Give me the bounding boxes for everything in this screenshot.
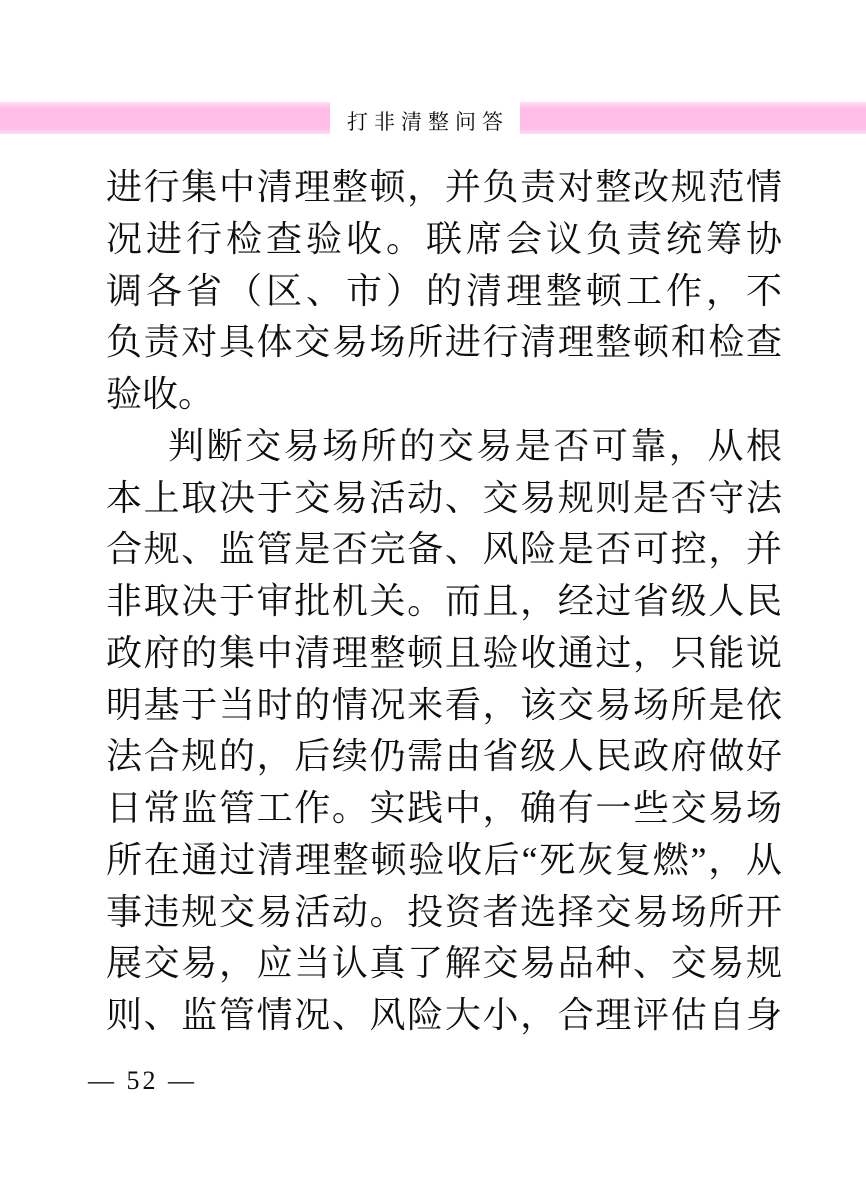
text-line: 明基于当时的情况来看，该交易场所是依 — [106, 680, 782, 732]
text-line: 事违规交易活动。投资者选择交易场所开 — [106, 887, 782, 939]
text-line: 日常监管工作。实践中，确有一些交易场 — [106, 783, 782, 835]
book-page: 打非清整问答 进行集中清理整顿，并负责对整改规范情 况进行检查验收。联席会议负责… — [0, 0, 866, 1189]
text-line: 况进行检查验收。联席会议负责统筹协 — [106, 214, 782, 266]
text-line: 本上取决于交易活动、交易规则是否守法 — [106, 473, 782, 525]
text-line: 进行集中清理整顿，并负责对整改规范情 — [106, 162, 782, 214]
body-text-block: 进行集中清理整顿，并负责对整改规范情 况进行检查验收。联席会议负责统筹协 调各省… — [106, 162, 782, 1042]
text-line: 所在通过清理整顿验收后“死灰复燃”，从 — [106, 835, 782, 887]
text-line: 验收。 — [106, 369, 782, 421]
text-line: 则、监管情况、风险大小，合理评估自身 — [106, 990, 782, 1042]
text-line: 负责对具体交易场所进行清理整顿和检查 — [106, 317, 782, 369]
header-band: 打非清整问答 — [0, 102, 866, 134]
text-line: 法合规的，后续仍需由省级人民政府做好 — [106, 731, 782, 783]
header-title-box: 打非清整问答 — [330, 100, 520, 138]
text-line: 调各省（区、市）的清理整顿工作，不 — [106, 266, 782, 318]
text-line: 判断交易场所的交易是否可靠，从根 — [106, 421, 782, 473]
text-line: 展交易，应当认真了解交易品种、交易规 — [106, 938, 782, 990]
text-line: 政府的集中清理整顿且验收通过，只能说 — [106, 628, 782, 680]
text-line: 非取决于审批机关。而且，经过省级人民 — [106, 576, 782, 628]
page-header-title: 打非清整问答 — [341, 106, 509, 136]
text-line: 合规、监管是否完备、风险是否可控，并 — [106, 524, 782, 576]
page-number: — 52 — — [88, 1066, 197, 1096]
